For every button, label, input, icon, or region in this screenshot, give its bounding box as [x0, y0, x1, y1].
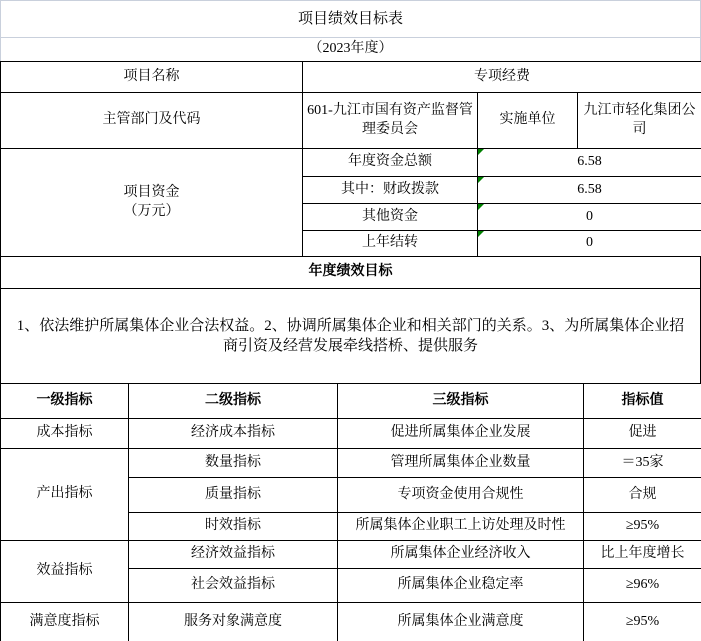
- indicator-level2: 时效指标: [129, 513, 338, 541]
- indicator-level2: 服务对象满意度: [129, 603, 338, 641]
- fund-row-label: 其中：财政拨款: [303, 177, 478, 204]
- impl-unit-label: 实施单位: [478, 93, 578, 149]
- dept-code-value: 601-九江市国有资产监督管理委员会: [303, 93, 478, 149]
- fund-row-label: 年度资金总额: [303, 149, 478, 177]
- indicator-level3: 所属集体企业满意度: [338, 603, 584, 641]
- fund-value-text: 0: [586, 235, 593, 250]
- table-row: 1、依法维护所属集体企业合法权益。2、协调所属集体企业和相关部门的关系。3、为所…: [1, 289, 701, 384]
- fund-value-text: 6.58: [577, 182, 602, 197]
- annual-goal-header: 年度绩效目标: [1, 257, 701, 289]
- indicator-level3: 管理所属集体企业数量: [338, 449, 584, 478]
- excel-corner-flag-icon: [478, 204, 484, 210]
- indicator-level1: 成本指标: [1, 419, 129, 449]
- table-row: 项目资金 （万元） 年度资金总额 6.58: [1, 149, 701, 177]
- annual-goal-table: 年度绩效目标 1、依法维护所属集体企业合法权益。2、协调所属集体企业和相关部门的…: [0, 256, 701, 384]
- table-row: 主管部门及代码 601-九江市国有资产监督管理委员会 实施单位 九江市轻化集团公…: [1, 93, 701, 149]
- indicator-value: ≥95%: [584, 603, 701, 641]
- excel-corner-flag-icon: [478, 149, 484, 155]
- indicator-level3: 所属集体企业稳定率: [338, 569, 584, 603]
- fund-value-text: 0: [586, 209, 593, 224]
- indicator-level3: 专项资金使用合规性: [338, 478, 584, 513]
- table-row: 产出指标 数量指标 管理所属集体企业数量 ＝35家: [1, 449, 701, 478]
- fund-row-value: 6.58: [478, 149, 701, 177]
- fund-row-label: 其他资金: [303, 204, 478, 231]
- indicator-level1: 效益指标: [1, 541, 129, 603]
- fund-value-text: 6.58: [577, 154, 602, 169]
- project-info-table: 项目名称 专项经费 主管部门及代码 601-九江市国有资产监督管理委员会 实施单…: [0, 61, 701, 257]
- table-row: 满意度指标 服务对象满意度 所属集体企业满意度 ≥95%: [1, 603, 701, 641]
- indicator-value: ＝35家: [584, 449, 701, 478]
- title-block: 项目绩效目标表 （2023年度）: [0, 0, 701, 62]
- col-header-level3: 三级指标: [338, 384, 584, 419]
- indicator-level3: 所属集体企业职工上访处理及时性: [338, 513, 584, 541]
- fund-row-value: 6.58: [478, 177, 701, 204]
- indicator-level2: 数量指标: [129, 449, 338, 478]
- indicator-value: ≥95%: [584, 513, 701, 541]
- col-header-level2: 二级指标: [129, 384, 338, 419]
- indicator-level2: 社会效益指标: [129, 569, 338, 603]
- indicator-value: 合规: [584, 478, 701, 513]
- table-row: 效益指标 经济效益指标 所属集体企业经济收入 比上年度增长: [1, 541, 701, 569]
- page-subtitle-year: （2023年度）: [1, 38, 701, 62]
- project-name-label: 项目名称: [1, 62, 303, 93]
- indicator-level2: 经济效益指标: [129, 541, 338, 569]
- indicators-header-row: 一级指标 二级指标 三级指标 指标值: [1, 384, 701, 419]
- dept-code-label: 主管部门及代码: [1, 93, 303, 149]
- col-header-level1: 一级指标: [1, 384, 129, 419]
- indicator-value: 比上年度增长: [584, 541, 701, 569]
- indicator-value: ≥96%: [584, 569, 701, 603]
- indicator-level2: 经济成本指标: [129, 419, 338, 449]
- table-row: 成本指标 经济成本指标 促进所属集体企业发展 促进: [1, 419, 701, 449]
- project-funds-label: 项目资金 （万元）: [1, 149, 303, 257]
- indicator-value: 促进: [584, 419, 701, 449]
- table-row: 年度绩效目标: [1, 257, 701, 289]
- table-row: 项目名称 专项经费: [1, 62, 701, 93]
- impl-unit-value: 九江市轻化集团公司: [578, 93, 701, 149]
- excel-corner-flag-icon: [478, 177, 484, 183]
- indicator-level1: 产出指标: [1, 449, 129, 541]
- annual-goal-content: 1、依法维护所属集体企业合法权益。2、协调所属集体企业和相关部门的关系。3、为所…: [1, 289, 701, 384]
- page-title: 项目绩效目标表: [1, 1, 701, 38]
- indicator-level2: 质量指标: [129, 478, 338, 513]
- project-name-value: 专项经费: [303, 62, 701, 93]
- fund-row-label: 上年结转: [303, 231, 478, 257]
- indicator-level3: 促进所属集体企业发展: [338, 419, 584, 449]
- excel-corner-flag-icon: [478, 231, 484, 237]
- col-header-value: 指标值: [584, 384, 701, 419]
- performance-target-sheet: 项目绩效目标表 （2023年度） 项目名称 专项经费 主管部门及代码 601-九…: [0, 0, 701, 641]
- indicator-level3: 所属集体企业经济收入: [338, 541, 584, 569]
- fund-row-value: 0: [478, 204, 701, 231]
- fund-row-value: 0: [478, 231, 701, 257]
- indicator-level1: 满意度指标: [1, 603, 129, 641]
- indicators-table: 一级指标 二级指标 三级指标 指标值 成本指标 经济成本指标 促进所属集体企业发…: [0, 383, 701, 641]
